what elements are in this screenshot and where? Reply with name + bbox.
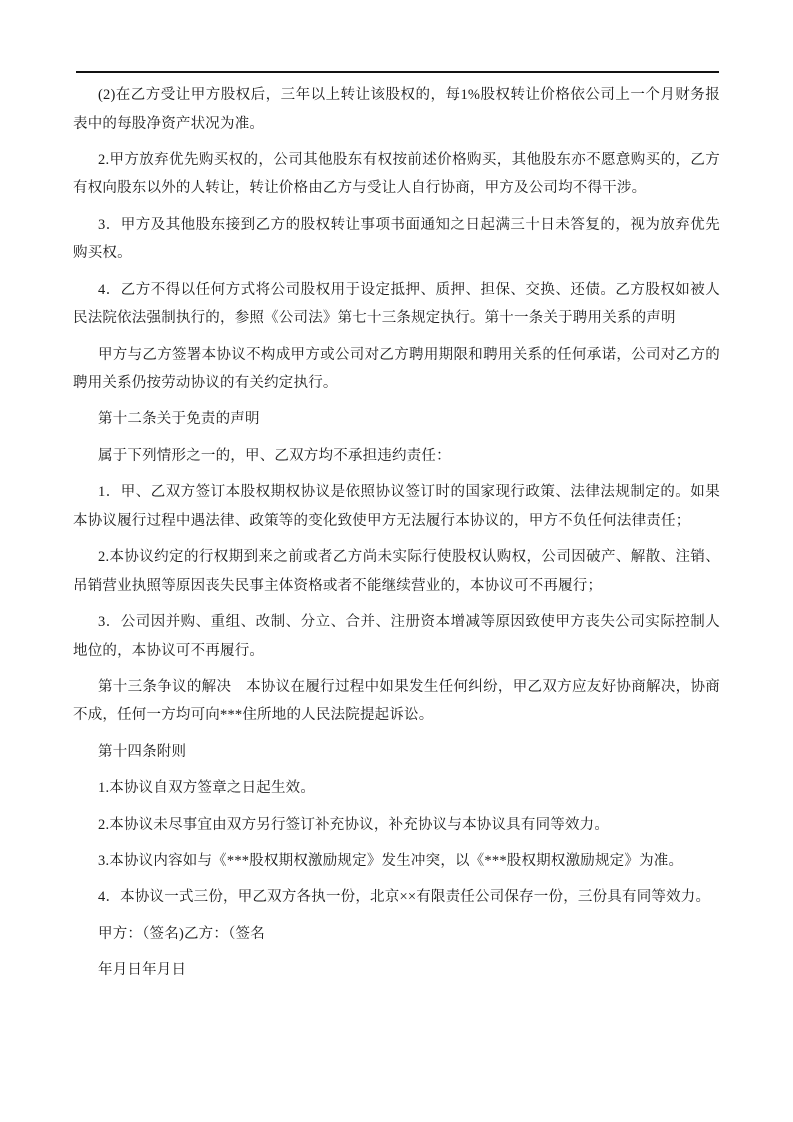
paragraph-heading: 第十二条关于免责的声明 [73,405,720,434]
paragraph: 2.本协议未尽事宜由双方另行签订补充协议，补充协议与本协议具有同等效力。 [73,811,720,840]
paragraph: 2.本协议约定的行权期到来之前或者乙方尚未实际行使股权认购权，公司因破产、解散、… [73,543,720,600]
paragraph: 属于下列情形之一的，甲、乙双方均不承担违约责任： [73,442,720,471]
paragraph: 1.本协议自双方签章之日起生效。 [73,774,720,803]
paragraph: 2.甲方放弃优先购买权的，公司其他股东有权按前述价格购买，其他股东亦不愿意购买的… [73,146,720,203]
paragraph: 3.本协议内容如与《***股权期权激励规定》发生冲突，以《***股权期权激励规定… [73,847,720,876]
document-page: (2)在乙方受让甲方股权后，三年以上转让该股权的，每1%股权转让价格依公司上一个… [0,0,793,1122]
date-line: 年月日年月日 [73,956,720,985]
paragraph: 第十三条争议的解决 本协议在履行过程中如果发生任何纠纷，甲乙双方应友好协商解决，… [73,673,720,730]
paragraph: 甲方与乙方签署本协议不构成甲方或公司对乙方聘用期限和聘用关系的任何承诺，公司对乙… [73,341,720,398]
paragraph: 1．甲、乙双方签订本股权期权协议是依照协议签订时的国家现行政策、法律法规制定的。… [73,478,720,535]
paragraph-heading: 第十四条附则 [73,738,720,767]
signature-line: 甲方：（签名)乙方：（签名 [73,920,720,949]
document-body: (2)在乙方受让甲方股权后，三年以上转让该股权的，每1%股权转让价格依公司上一个… [73,81,720,985]
header-separator-rule [76,71,719,73]
paragraph: 3．公司因并购、重组、改制、分立、合并、注册资本增减等原因致使甲方丧失公司实际控… [73,608,720,665]
paragraph: (2)在乙方受让甲方股权后，三年以上转让该股权的，每1%股权转让价格依公司上一个… [73,81,720,138]
paragraph: 4．本协议一式三份，甲乙双方各执一份，北京××有限责任公司保存一份，三份具有同等… [73,883,720,912]
paragraph: 3．甲方及其他股东接到乙方的股权转让事项书面通知之日起满三十日未答复的，视为放弃… [73,211,720,268]
paragraph: 4．乙方不得以任何方式将公司股权用于设定抵押、质押、担保、交换、还债。乙方股权如… [73,276,720,333]
